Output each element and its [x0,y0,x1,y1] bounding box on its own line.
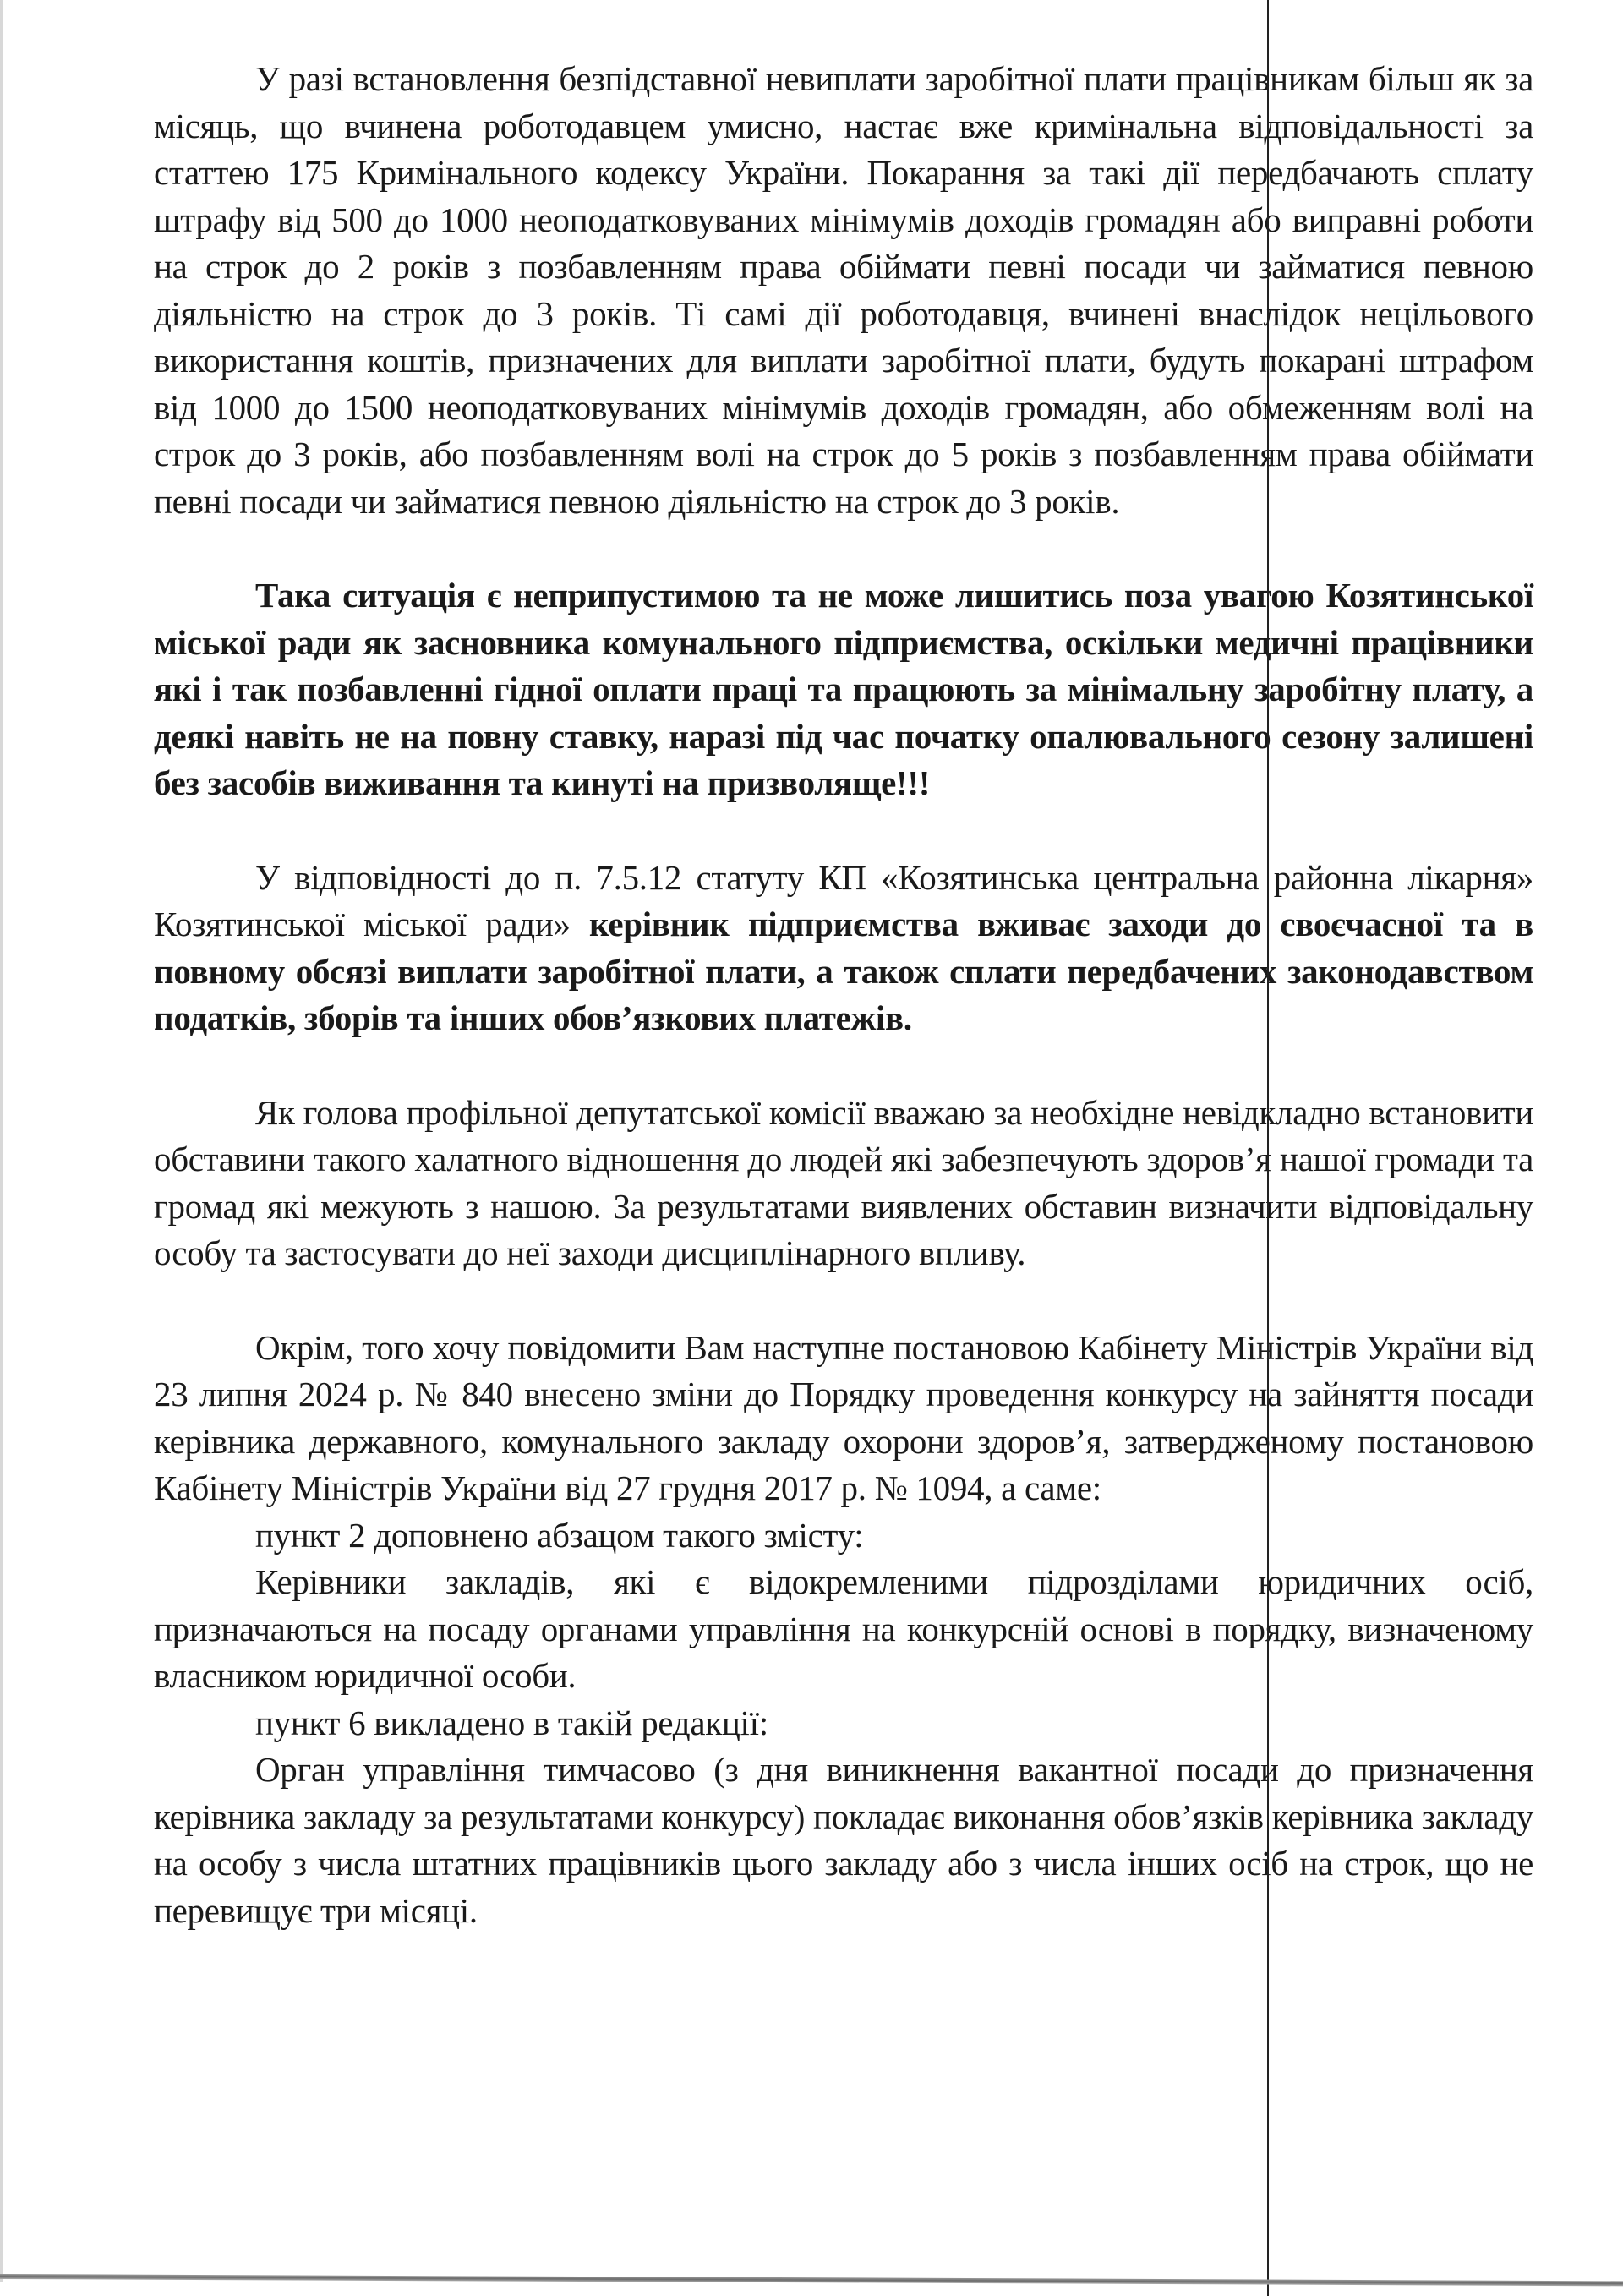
clause-6-content: Орган управління тимчасово (з дня виникн… [154,1747,1533,1934]
document-body: У разі встановлення безпідставної невипл… [154,56,1533,1934]
paragraph-charter-reference: У відповідності до п. 7.5.12 статуту КП … [154,855,1533,1042]
paragraph-cabinet-resolution: Окрім, того хочу повідомити Вам наступне… [154,1325,1533,1512]
clause-6-heading: пункт 6 викладено в такій редакції: [154,1700,1533,1747]
paragraph-criminal-liability: У разі встановлення безпідставної невипл… [154,56,1533,525]
clause-2-heading: пункт 2 доповнено абзацом такого змісту: [154,1512,1533,1560]
paragraph-unacceptable-situation: Така ситуація є неприпустимою та не може… [154,572,1533,807]
paragraph-commission-request: Як голова профільної депутатської комісі… [154,1090,1533,1277]
scan-left-edge [0,0,3,2282]
scan-vertical-line-artifact [1267,0,1269,2296]
scanned-document-page: У разі встановлення безпідставної невипл… [0,0,1623,2296]
clause-2-content: Керівники закладів, які є відокремленими… [154,1559,1533,1700]
scan-bottom-edge [0,2274,1623,2286]
